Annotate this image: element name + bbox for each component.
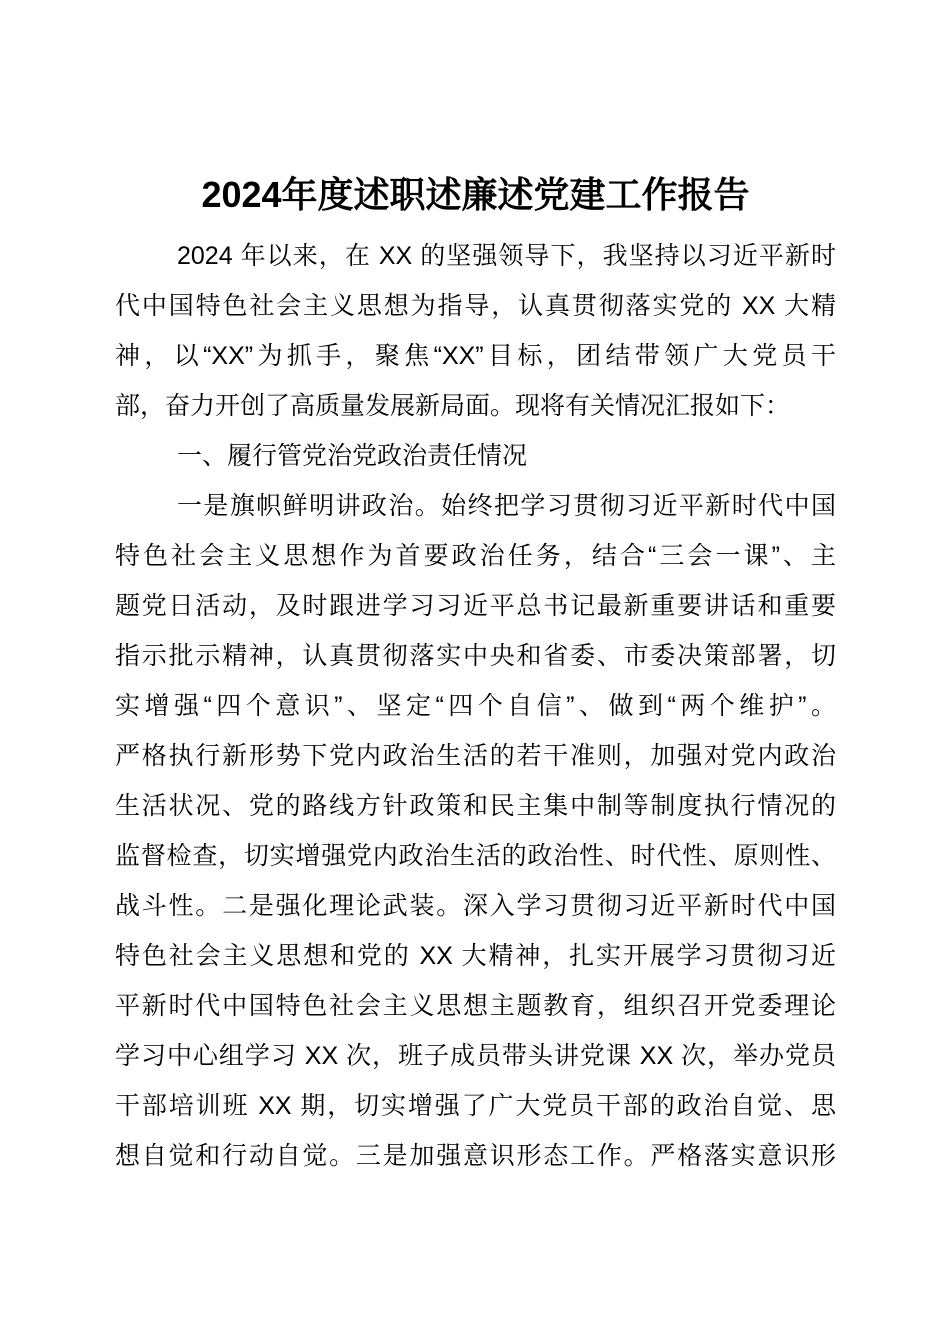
text-line: 2024 年以来，在 XX 的坚强领导下，我坚持以习近平新时	[115, 231, 836, 281]
text-line: 想自觉和行动自觉。三是加强意识形态工作。严格落实意识形	[115, 1131, 836, 1181]
text-line: 部，奋力开创了高质量发展新局面。现将有关情况汇报如下：	[115, 381, 836, 431]
document-title: 2024年度述职述廉述党建工作报告	[115, 168, 836, 222]
text-line: 指示批示精神，认真贯彻落实中央和省委、市委决策部署，切	[115, 631, 836, 681]
text-line: 监督检查，切实增强党内政治生活的政治性、时代性、原则性、	[115, 831, 836, 881]
text-line: 严格执行新形势下党内政治生活的若干准则，加强对党内政治	[115, 731, 836, 781]
text-line: 生活状况、党的路线方针政策和民主集中制等制度执行情况的	[115, 781, 836, 831]
text-line: 题党日活动，及时跟进学习习近平总书记最新重要讲话和重要	[115, 581, 836, 631]
text-line: 一是旗帜鲜明讲政治。始终把学习贯彻习近平新时代中国	[115, 481, 836, 531]
text-line: 战斗性。二是强化理论武装。深入学习贯彻习近平新时代中国	[115, 881, 836, 931]
text-line: 学习中心组学习 XX 次，班子成员带头讲党课 XX 次，举办党员	[115, 1031, 836, 1081]
text-line: 神，以“XX”为抓手，聚焦“XX”目标，团结带领广大党员干	[115, 331, 836, 381]
document-page: 2024年度述职述廉述党建工作报告 2024 年以来，在 XX 的坚强领导下，我…	[0, 0, 950, 1344]
section-heading-line: 一、履行管党治党政治责任情况	[115, 431, 836, 481]
paragraph: 2024 年以来，在 XX 的坚强领导下，我坚持以习近平新时代中国特色社会主义思…	[115, 231, 836, 431]
paragraph: 一是旗帜鲜明讲政治。始终把学习贯彻习近平新时代中国特色社会主义思想作为首要政治任…	[115, 481, 836, 1181]
text-line: 平新时代中国特色社会主义思想主题教育，组织召开党委理论	[115, 981, 836, 1031]
document-body: 2024 年以来，在 XX 的坚强领导下，我坚持以习近平新时代中国特色社会主义思…	[115, 231, 836, 1181]
text-line: 干部培训班 XX 期，切实增强了广大党员干部的政治自觉、思	[115, 1081, 836, 1131]
text-line: 特色社会主义思想和党的 XX 大精神，扎实开展学习贯彻习近	[115, 931, 836, 981]
text-line: 实增强“四个意识”、坚定“四个自信”、做到“两个维护”。	[115, 681, 836, 731]
text-line: 特色社会主义思想作为首要政治任务，结合“三会一课”、主	[115, 531, 836, 581]
section-heading: 一、履行管党治党政治责任情况	[115, 431, 836, 481]
text-line: 代中国特色社会主义思想为指导，认真贯彻落实党的 XX 大精	[115, 281, 836, 331]
